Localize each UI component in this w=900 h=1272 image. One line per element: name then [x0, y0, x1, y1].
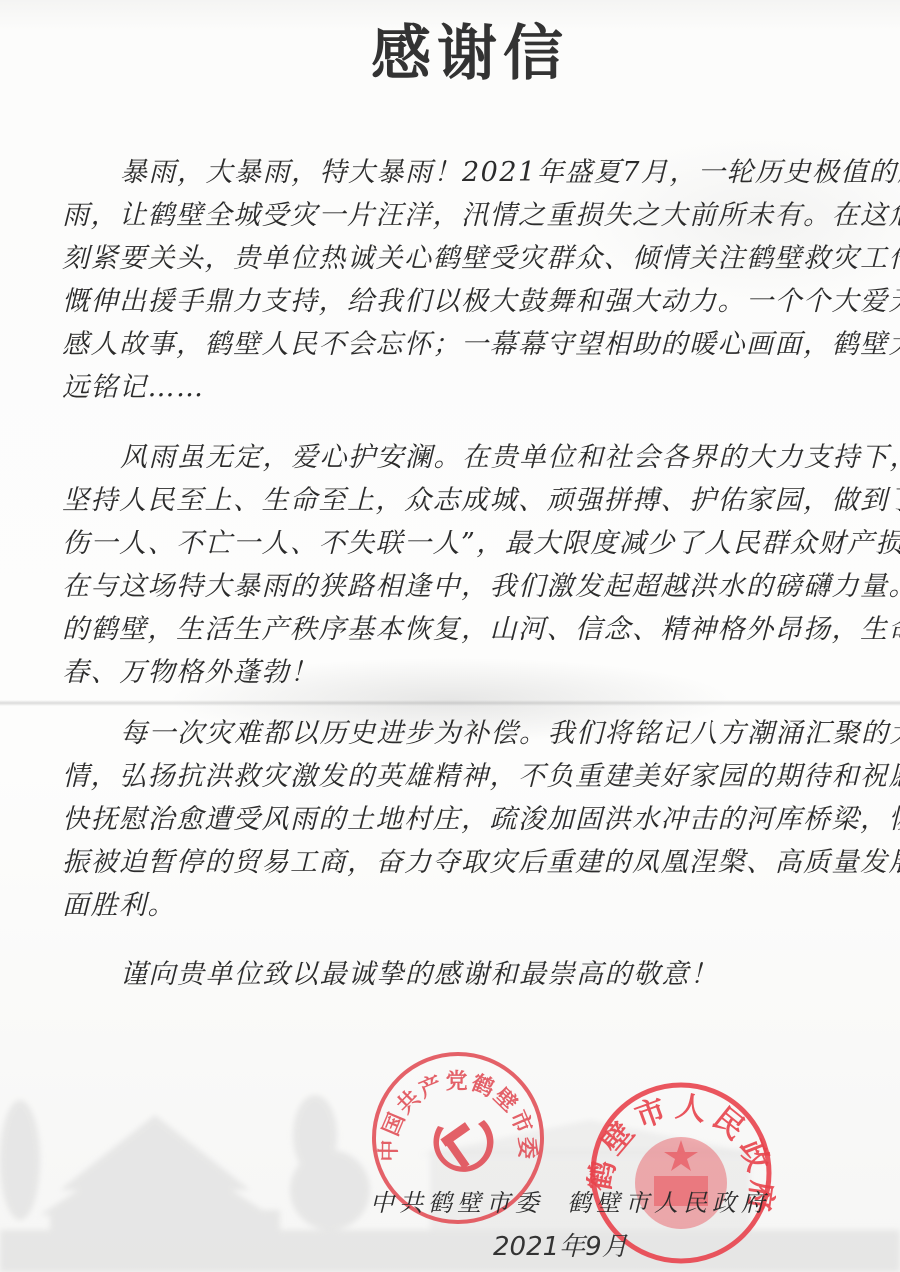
paragraph-3-line-5: 面胜利。 [62, 889, 852, 923]
paragraph-2-line-2: 坚持人民至上、生命至上，众志成城、顽强拼搏、护佑家园，做到了“不 [62, 484, 852, 518]
paragraph-2-line-3: 伤一人、不亡一人、不失联一人”，最大限度减少了人民群众财产损失。 [62, 527, 852, 561]
paragraph-3-line-2: 情，弘扬抗洪救灾激发的英雄精神，不负重建美好家园的期待和祝愿，加 [62, 760, 852, 794]
paragraph-3-line-1: 每一次灾难都以历史进步为补偿。我们将铭记八方潮涌汇聚的大爱深 [120, 717, 900, 751]
signature-party-committee: 中共鹤壁市委 [370, 1183, 544, 1218]
letter-title: 感谢信 [0, 6, 900, 92]
paragraph-1-line-5: 感人故事，鹤壁人民不会忘怀；一幕幕守望相助的暖心画面，鹤壁大地永 [62, 328, 852, 362]
paragraph-1-line-6: 远铭记…… [62, 371, 852, 405]
signature-city-government: 鹤壁市人民政府 [567, 1183, 770, 1218]
paragraph-1-line-1: 暴雨，大暴雨，特大暴雨！2021年盛夏7月，一轮历史极值的超强降 [120, 156, 900, 190]
hammer-sickle-emblem-icon [433, 1120, 493, 1172]
paper-fold-crease [0, 700, 900, 706]
letter-date: 2021年9月 [493, 1226, 628, 1263]
closing-salutation: 谨向贵单位致以最诚挚的感谢和最崇高的敬意！ [120, 958, 900, 992]
paragraph-2-line-1: 风雨虽无定，爱心护安澜。在贵单位和社会各界的大力支持下，我们 [120, 441, 900, 475]
paragraph-2-line-5: 的鹤壁，生活生产秩序基本恢复，山河、信念、精神格外昂扬，生命、青 [62, 613, 852, 647]
paragraph-1-line-2: 雨，让鹤壁全城受灾一片汪洋，汛情之重损失之大前所未有。在这危急时 [62, 199, 852, 233]
paragraph-2-line-6: 春、万物格外蓬勃！ [62, 656, 852, 690]
paragraph-3-line-4: 振被迫暂停的贸易工商，奋力夺取灾后重建的凤凰涅槃、高质量发展的全 [62, 846, 852, 880]
paragraph-3-line-3: 快抚慰治愈遭受风雨的土地村庄，疏浚加固洪水冲击的河库桥梁，恢复重 [62, 803, 852, 837]
paragraph-1-line-3: 刻紧要关头，贵单位热诚关心鹤壁受灾群众、倾情关注鹤壁救灾工作，慷 [62, 242, 852, 276]
paragraph-1-line-4: 慨伸出援手鼎力支持，给我们以极大鼓舞和强大动力。一个个大爱无疆的 [62, 285, 852, 319]
paragraph-2-line-4: 在与这场特大暴雨的狭路相逢中，我们激发起超越洪水的磅礴力量。如今 [62, 570, 852, 604]
